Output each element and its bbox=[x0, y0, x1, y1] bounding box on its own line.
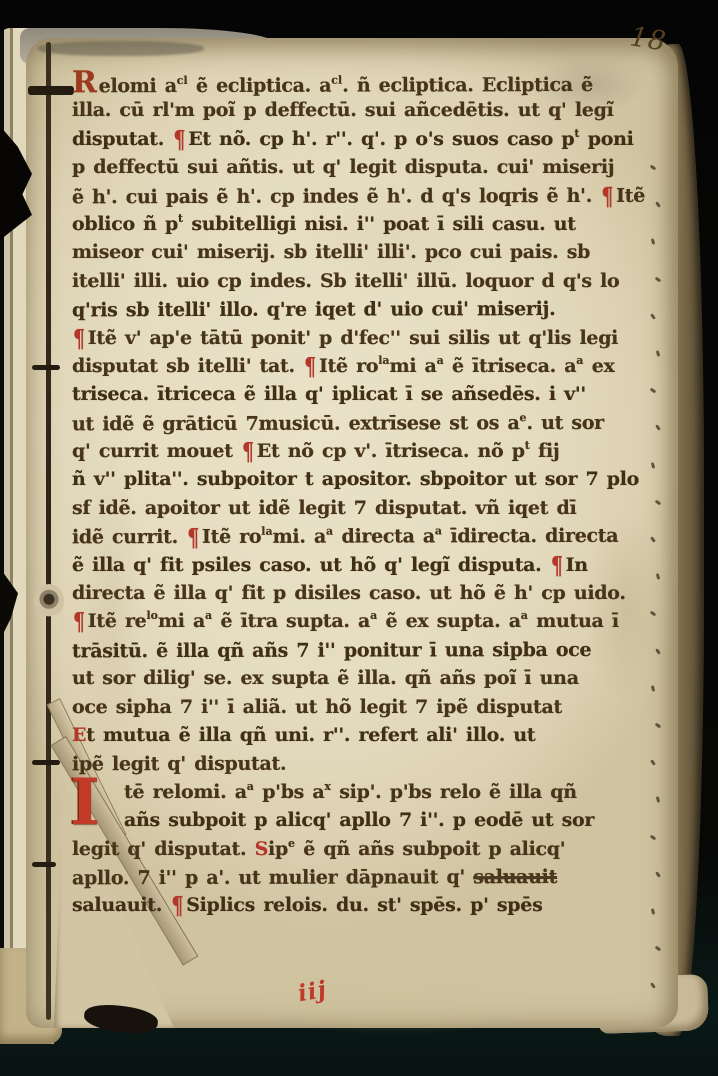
text-segment: ẽ illa q' fit psiles caso. ut hõ q' legĩ… bbox=[72, 554, 550, 576]
text-segment: mi a bbox=[158, 610, 205, 632]
text-line: saluauit. ¶Siplics relois. du. st' spēs.… bbox=[72, 891, 664, 919]
text-segment: p'bs a bbox=[254, 781, 325, 803]
pricking-mark bbox=[655, 946, 662, 952]
text-segment: Itẽ ro bbox=[202, 526, 261, 548]
text-segment: a bbox=[521, 609, 528, 622]
text-segment: a bbox=[437, 354, 444, 367]
pilcrow-rubric: ¶ bbox=[304, 349, 316, 386]
pilcrow-rubric: ¶ bbox=[173, 122, 185, 159]
text-segment: mi a bbox=[390, 355, 437, 377]
pilcrow-rubric: ¶ bbox=[73, 321, 85, 358]
text-segment: ẽ ecliptica. a bbox=[188, 75, 332, 97]
pilcrow-rubric: ¶ bbox=[171, 888, 183, 925]
parchment-stain bbox=[176, 938, 616, 1048]
pilcrow-rubric: ¶ bbox=[601, 178, 613, 215]
manuscript-photo: 18 I Relomi acl ẽ ecliptica. acl. ñ ecli… bbox=[0, 0, 718, 1076]
text-segment: Itẽ re bbox=[88, 610, 147, 632]
text-segment: triseca. ītriceca ẽ illa q' iplicat ī se… bbox=[72, 383, 586, 405]
text-segment: itelli' illi. uio cp indes. Sb itelli' i… bbox=[72, 270, 619, 292]
text-segment: īdirecta. directa bbox=[442, 525, 618, 547]
text-segment: Et nõ. cp h'. r''. q'. p o's suos caso p bbox=[188, 128, 574, 150]
text-segment: sf idẽ. apoitor ut idẽ legit 7 disputat.… bbox=[72, 497, 576, 519]
text-segment: q'ris sb itelli' illo. q're iqet d' uio … bbox=[72, 298, 555, 321]
text-line: q' currit mouet ¶Et nõ cp v'. ītriseca. … bbox=[72, 437, 664, 465]
text-segment: Siplics relois. du. st' spēs. p' spēs bbox=[186, 894, 542, 916]
text-segment: x bbox=[324, 780, 331, 793]
text-line: ut sor dilig' se. ex supta ẽ illa. qñ añ… bbox=[72, 664, 664, 692]
text-segment: añs subpoit p alicq' apllo 7 i''. p eodē… bbox=[124, 809, 594, 831]
text-segment: Itẽ bbox=[616, 184, 645, 206]
text-line: ¶Itẽ v' ap'e tātū ponit' p d'fec'' sui s… bbox=[72, 324, 664, 352]
text-line: ipẽ legit q' disputat. bbox=[72, 749, 664, 779]
text-line: sf idẽ. apoitor ut idẽ legit 7 disputat.… bbox=[72, 494, 664, 522]
text-segment: a bbox=[576, 354, 583, 367]
text-segment: In bbox=[566, 554, 588, 576]
text-line: ẽ illa q' fit psiles caso. ut hõ q' legĩ… bbox=[72, 551, 664, 579]
text-segment: tē relomi. a bbox=[124, 781, 247, 803]
text-line: Et mutua ẽ illa qñ uni. r''. refert ali'… bbox=[72, 721, 664, 749]
text-line: añs subpoit p alicq' apllo 7 i''. p eodē… bbox=[72, 806, 664, 834]
text-segment: directa ẽ illa q' fit p disiles caso. ut… bbox=[72, 582, 626, 604]
text-line: idẽ currit. ¶Itẽ rolami. aa directa aa ī… bbox=[72, 522, 664, 552]
text-segment: saluauit. bbox=[72, 894, 170, 916]
text-segment: a bbox=[205, 609, 212, 622]
text-segment: poni bbox=[579, 128, 633, 150]
text-segment: mutua ī bbox=[528, 610, 619, 632]
sewing-thread bbox=[32, 862, 56, 867]
text-line: ñ v'' plita''. subpoitor t apositor. sbp… bbox=[72, 465, 664, 493]
text-line: disputat. ¶Et nõ. cp h'. r''. q'. p o's … bbox=[72, 125, 664, 153]
sewing-thread bbox=[32, 365, 60, 370]
text-segment: mi. a bbox=[273, 526, 326, 548]
text-segment: apllo. 7 i'' p a'. ut mulier dāpnauit q' bbox=[72, 866, 473, 889]
rubric-segment: S bbox=[255, 838, 268, 860]
text-segment: subitelligi nisi. i'' poat ī sili casu. … bbox=[183, 213, 576, 235]
text-line: ut idẽ ẽ grāticū 7musicū. extrīsese st o… bbox=[72, 408, 664, 438]
text-segment: t bbox=[574, 127, 579, 140]
text-segment: saluauit bbox=[473, 866, 557, 888]
text-segment: a bbox=[435, 525, 442, 538]
manuscript-page: 18 I Relomi acl ẽ ecliptica. acl. ñ ecli… bbox=[26, 38, 678, 1028]
sewing-hole bbox=[34, 584, 64, 618]
text-segment: illa. cū rl'm poĩ p deffectū. sui añcedē… bbox=[72, 99, 614, 121]
text-line: q'ris sb itelli' illo. q're iqet d' uio … bbox=[72, 295, 664, 325]
text-segment: ip bbox=[268, 838, 288, 860]
text-segment: a bbox=[326, 525, 333, 538]
sewing-thread bbox=[28, 86, 74, 95]
quire-signature: iij bbox=[296, 976, 329, 1008]
text-segment: ẽ h'. cui pais ẽ h'. cp indes ẽ h'. d q'… bbox=[72, 184, 600, 207]
text-segment: . ut sor bbox=[526, 412, 603, 434]
text-line: trāsitū. ẽ illa qñ añs 7 i'' ponitur ī u… bbox=[72, 636, 664, 666]
text-segment: a bbox=[247, 780, 254, 793]
text-line: ¶Itẽ relomi aa ẽ ītra supta. aa ẽ ex sup… bbox=[72, 607, 664, 635]
pilcrow-rubric: ¶ bbox=[73, 604, 85, 641]
pricking-mark bbox=[650, 983, 656, 990]
text-line: miseor cui' miserij. sb itelli' illi'. p… bbox=[72, 238, 664, 266]
pilcrow-rubric: ¶ bbox=[242, 434, 254, 471]
text-segment: . ñ ecliptica. Ecliptica ẽ bbox=[342, 74, 593, 97]
sewing-thread bbox=[32, 760, 60, 765]
text-segment: la bbox=[378, 354, 389, 367]
text-segment: ex bbox=[583, 355, 614, 377]
text-line: oce sipha 7 i'' ī aliã. ut hõ legit 7 ip… bbox=[72, 693, 664, 721]
rubric-segment: E bbox=[72, 724, 86, 746]
text-segment: Et nõ cp v'. ītriseca. nõ p bbox=[257, 440, 525, 462]
text-line: itelli' illi. uio cp indes. Sb itelli' i… bbox=[72, 267, 664, 295]
text-segment: a bbox=[370, 609, 377, 622]
text-segment: ẽ qñ añs subpoit p alicq' bbox=[295, 838, 565, 860]
text-segment: directa a bbox=[333, 526, 435, 548]
text-line: ẽ h'. cui pais ẽ h'. cp indes ẽ h'. d q'… bbox=[72, 181, 664, 211]
text-segment: p deffectū sui añtis. ut q' legit disput… bbox=[72, 156, 614, 178]
folio-number: 18 bbox=[628, 21, 669, 57]
text-segment: q' currit mouet bbox=[72, 440, 241, 462]
text-segment: ut sor dilig' se. ex supta ẽ illa. qñ añ… bbox=[72, 667, 579, 689]
text-segment: lo bbox=[146, 609, 158, 622]
text-segment: oce sipha 7 i'' ī aliã. ut hõ legit 7 ip… bbox=[72, 696, 562, 718]
text-segment: la bbox=[261, 525, 272, 538]
text-segment: Itẽ ro bbox=[319, 355, 378, 377]
text-segment: disputat sb itelli' tat. bbox=[72, 355, 303, 377]
text-segment: ẽ ex supta. a bbox=[377, 610, 521, 632]
gutter-crease bbox=[46, 42, 51, 1020]
text-segment: e bbox=[288, 837, 295, 850]
drop-cap-initial: I bbox=[70, 774, 100, 832]
text-segment: e bbox=[519, 411, 526, 424]
text-segment: elomi a bbox=[99, 75, 177, 97]
text-segment: oblico ñ p bbox=[72, 213, 178, 235]
pilcrow-rubric: ¶ bbox=[551, 548, 563, 585]
text-segment: miseor cui' miserij. sb itelli' illi'. p… bbox=[72, 241, 590, 263]
text-segment: sip'. p'bs relo ẽ illa qñ bbox=[331, 781, 577, 803]
text-line: legit q' disputat. Sipe ẽ qñ añs subpoit… bbox=[72, 835, 664, 863]
text-line: p deffectū sui añtis. ut q' legit disput… bbox=[72, 153, 664, 181]
text-segment: Itẽ v' ap'e tātū ponit' p d'fec'' sui si… bbox=[88, 327, 618, 349]
text-block: Relomi acl ẽ ecliptica. acl. ñ ecliptica… bbox=[72, 68, 664, 920]
text-segment: fij bbox=[530, 440, 560, 462]
text-segment: trāsitū. ẽ illa qñ añs 7 i'' ponitur ī u… bbox=[72, 639, 591, 662]
text-segment: idẽ currit. bbox=[72, 526, 186, 548]
text-segment: t bbox=[525, 439, 530, 452]
text-segment: ẽ ītriseca. a bbox=[444, 355, 577, 377]
text-line: disputat sb itelli' tat. ¶Itẽ rolami aa … bbox=[72, 352, 664, 380]
text-line: directa ẽ illa q' fit p disiles caso. ut… bbox=[72, 579, 664, 607]
text-segment: ñ v'' plita''. subpoitor t apositor. sbp… bbox=[72, 468, 639, 490]
text-line: Relomi acl ẽ ecliptica. acl. ñ ecliptica… bbox=[72, 68, 664, 98]
text-segment: t bbox=[178, 212, 183, 225]
top-edge-smudge bbox=[38, 41, 204, 56]
text-segment: ẽ ītra supta. a bbox=[212, 610, 370, 632]
pilcrow-rubric: ¶ bbox=[187, 520, 199, 557]
text-segment: ut idẽ ẽ grāticū 7musicū. extrīsese st o… bbox=[72, 412, 520, 435]
text-line: illa. cū rl'm poĩ p deffectū. sui añcedē… bbox=[72, 96, 664, 124]
text-segment: legit q' disputat. bbox=[72, 838, 255, 860]
text-segment: ipẽ legit q' disputat. bbox=[72, 753, 286, 776]
text-segment: disputat. bbox=[72, 128, 172, 150]
text-line: tē relomi. aa p'bs ax sip'. p'bs relo ẽ … bbox=[72, 778, 664, 806]
text-segment: t mutua ẽ illa qñ uni. r''. refert ali' … bbox=[86, 724, 535, 746]
text-line: triseca. ītriceca ẽ illa q' iplicat ī se… bbox=[72, 380, 664, 408]
text-line: oblico ñ pt subitelligi nisi. i'' poat ī… bbox=[72, 210, 664, 238]
text-line: apllo. 7 i'' p a'. ut mulier dāpnauit q'… bbox=[72, 863, 664, 893]
text-segment: cl bbox=[331, 74, 342, 87]
text-segment: cl bbox=[177, 74, 188, 87]
rubric-segment: R bbox=[72, 65, 99, 100]
